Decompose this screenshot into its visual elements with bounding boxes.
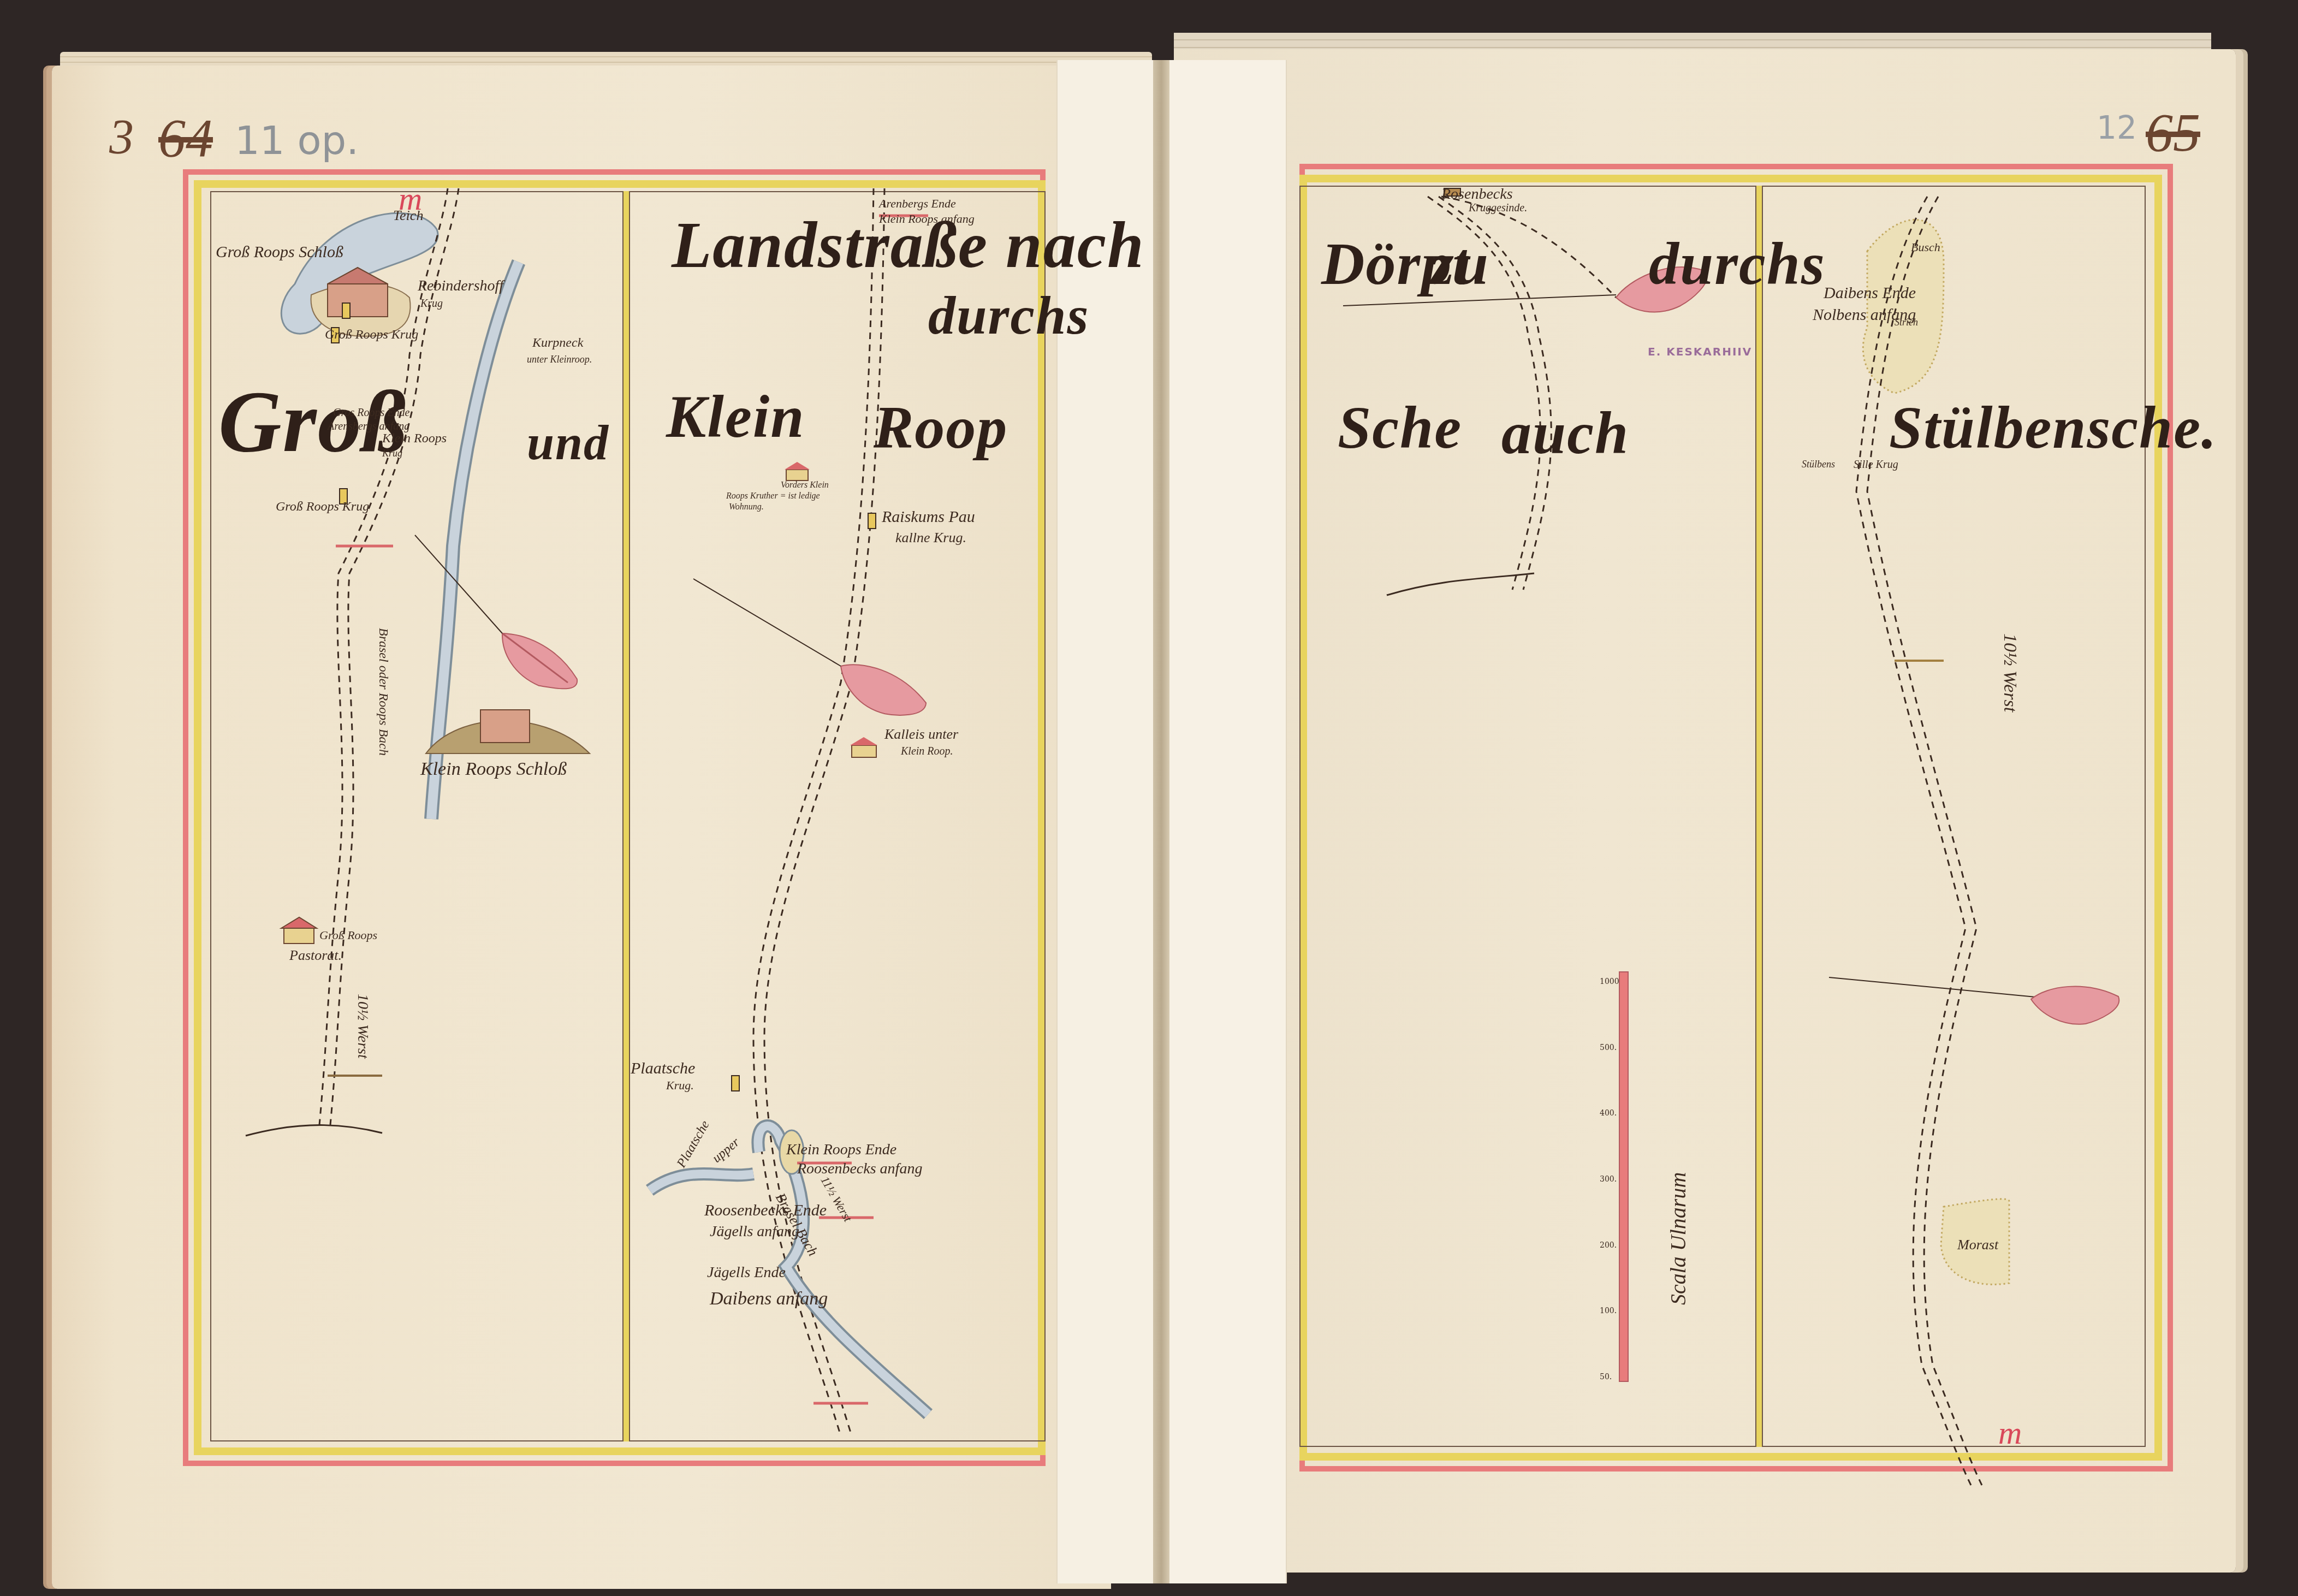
label-gross-roops-krug-2: Groß Roops Krug [276, 500, 369, 514]
label-daibens-ende: Daibens Ende [1824, 284, 1916, 302]
krug-marker [868, 513, 876, 529]
scale-tick: 500. [1600, 1043, 1616, 1052]
label-gross-roops-ende: Gros Roops Ende [333, 407, 409, 419]
scale-bar-title: Scala Ulnarum [1665, 1172, 1691, 1305]
label-klein-roops-castle: Klein Roops Schloß [420, 759, 567, 780]
title-word-durchs-right: durchs [1649, 229, 1826, 299]
scale-tick: 1000 [1600, 977, 1616, 986]
title-word-stulbensche: Stülbensche. [1889, 393, 2218, 462]
label-jagells-anfang: Jägells anfang [710, 1223, 799, 1241]
label-busch: Busch [1911, 240, 1940, 254]
title-word-klein: Klein [666, 382, 805, 452]
kalleis-house-icon [852, 745, 876, 757]
vorders-house-icon [786, 470, 808, 480]
label-raiskums-1: Raiskums Pau [882, 508, 975, 526]
label-klein-roops-krug-sub: Krug [382, 448, 402, 459]
label-pastorat-2: Pastorat. [289, 947, 342, 964]
label-lake: Teich [393, 207, 423, 224]
label-rosenbecks-2: Kruggesinde. [1469, 202, 1527, 215]
label-klein-roops-ende: Klein Roops Ende [786, 1141, 896, 1159]
label-arensbergs-ende: Arenbergs Ende [879, 197, 956, 211]
label-pastorat-1: Groß Roops [319, 928, 377, 942]
label-kurpneck-sub: unter Kleinroop. [527, 354, 592, 365]
krug-marker [342, 303, 350, 318]
archive-stamp: E. KESKARHIIV [1648, 345, 1752, 358]
label-sille-krug: Sille Krug [1854, 459, 1898, 471]
scale-tick: 200. [1600, 1241, 1616, 1250]
title-word-auch: auch [1501, 399, 1629, 468]
label-gross-roops-castle: Groß Roops Schloß [216, 243, 343, 262]
title-word-und: und [527, 415, 609, 471]
label-strich: Strich [1895, 317, 1918, 328]
label-morast: Morast [1957, 1237, 1998, 1253]
label-plaatsche-krug-2: Krug. [666, 1078, 694, 1093]
title-word-zu: zu [1430, 229, 1489, 299]
title-word-sche: Sche [1338, 393, 1462, 462]
label-rebindershoff: Rebindershoff [418, 277, 503, 295]
label-river-brasel: Brasel oder Roops Bach [376, 628, 390, 756]
scale-tick: 50. [1600, 1373, 1616, 1381]
scale-tick: 400. [1600, 1109, 1616, 1118]
label-kurpneck: Kurpneck [532, 336, 583, 351]
label-raiskums-2: kallne Krug. [895, 530, 966, 546]
compass-rose-panel-2 [830, 654, 931, 729]
klein-roops-castle-icon [480, 710, 530, 743]
scale-tick: 300. [1600, 1175, 1616, 1184]
label-roosenbecks-anfang: Roosenbecks anfang [797, 1160, 922, 1178]
label-vorders-3: Wohnung. [729, 502, 764, 512]
label-gross-roops-krug-1: Groß Roops Krug [325, 328, 418, 342]
label-distance-panel-4: 10½ Werst [1999, 633, 2020, 712]
label-rosenbecks-1: Rosenbecks [1441, 186, 1513, 203]
label-stulbens: Stülbens [1802, 459, 1835, 470]
label-klein-roops-krug: Klein Roops [382, 431, 447, 446]
title-word-roop: Roop [874, 393, 1008, 462]
map-drawing-layer [0, 0, 2298, 1596]
red-page-mark-right: m [1998, 1414, 2022, 1452]
label-kalleis-2: Klein Roop. [901, 745, 953, 758]
title-word-durchs-left: durchs [928, 284, 1089, 347]
label-klein-roops-anfang: Klein Roops anfang [879, 212, 975, 226]
label-daibens-anfang: Daibens anfang [710, 1289, 828, 1309]
label-roosenbecks-ende: Roosenbecks Ende [704, 1201, 827, 1220]
label-kalleis-1: Kalleis unter [884, 726, 958, 743]
label-plaatsche-krug-1: Plaatsche [631, 1059, 695, 1078]
scale-tick: 100. [1600, 1307, 1616, 1315]
scale-bar-ticks: 50. 100. 200. 300. 400. 500. 1000 [1600, 977, 1616, 1381]
compass-rose-panel-1 [489, 622, 584, 704]
label-jagells-ende: Jägells Ende [707, 1264, 786, 1281]
scale-bar [1619, 972, 1628, 1381]
gross-roops-castle-icon [328, 284, 388, 317]
label-rebindershoff-sub: Krug [420, 298, 443, 310]
pastorat-house-icon [284, 928, 314, 944]
label-vorders-2: Roops Kruther = ist ledige [726, 491, 820, 501]
krug-marker [732, 1076, 739, 1091]
compass-rose-panel-4 [2031, 986, 2119, 1024]
label-vorders-1: Vorders Klein [781, 480, 829, 490]
label-distance-panel-1: 10½ Werst [354, 994, 371, 1059]
